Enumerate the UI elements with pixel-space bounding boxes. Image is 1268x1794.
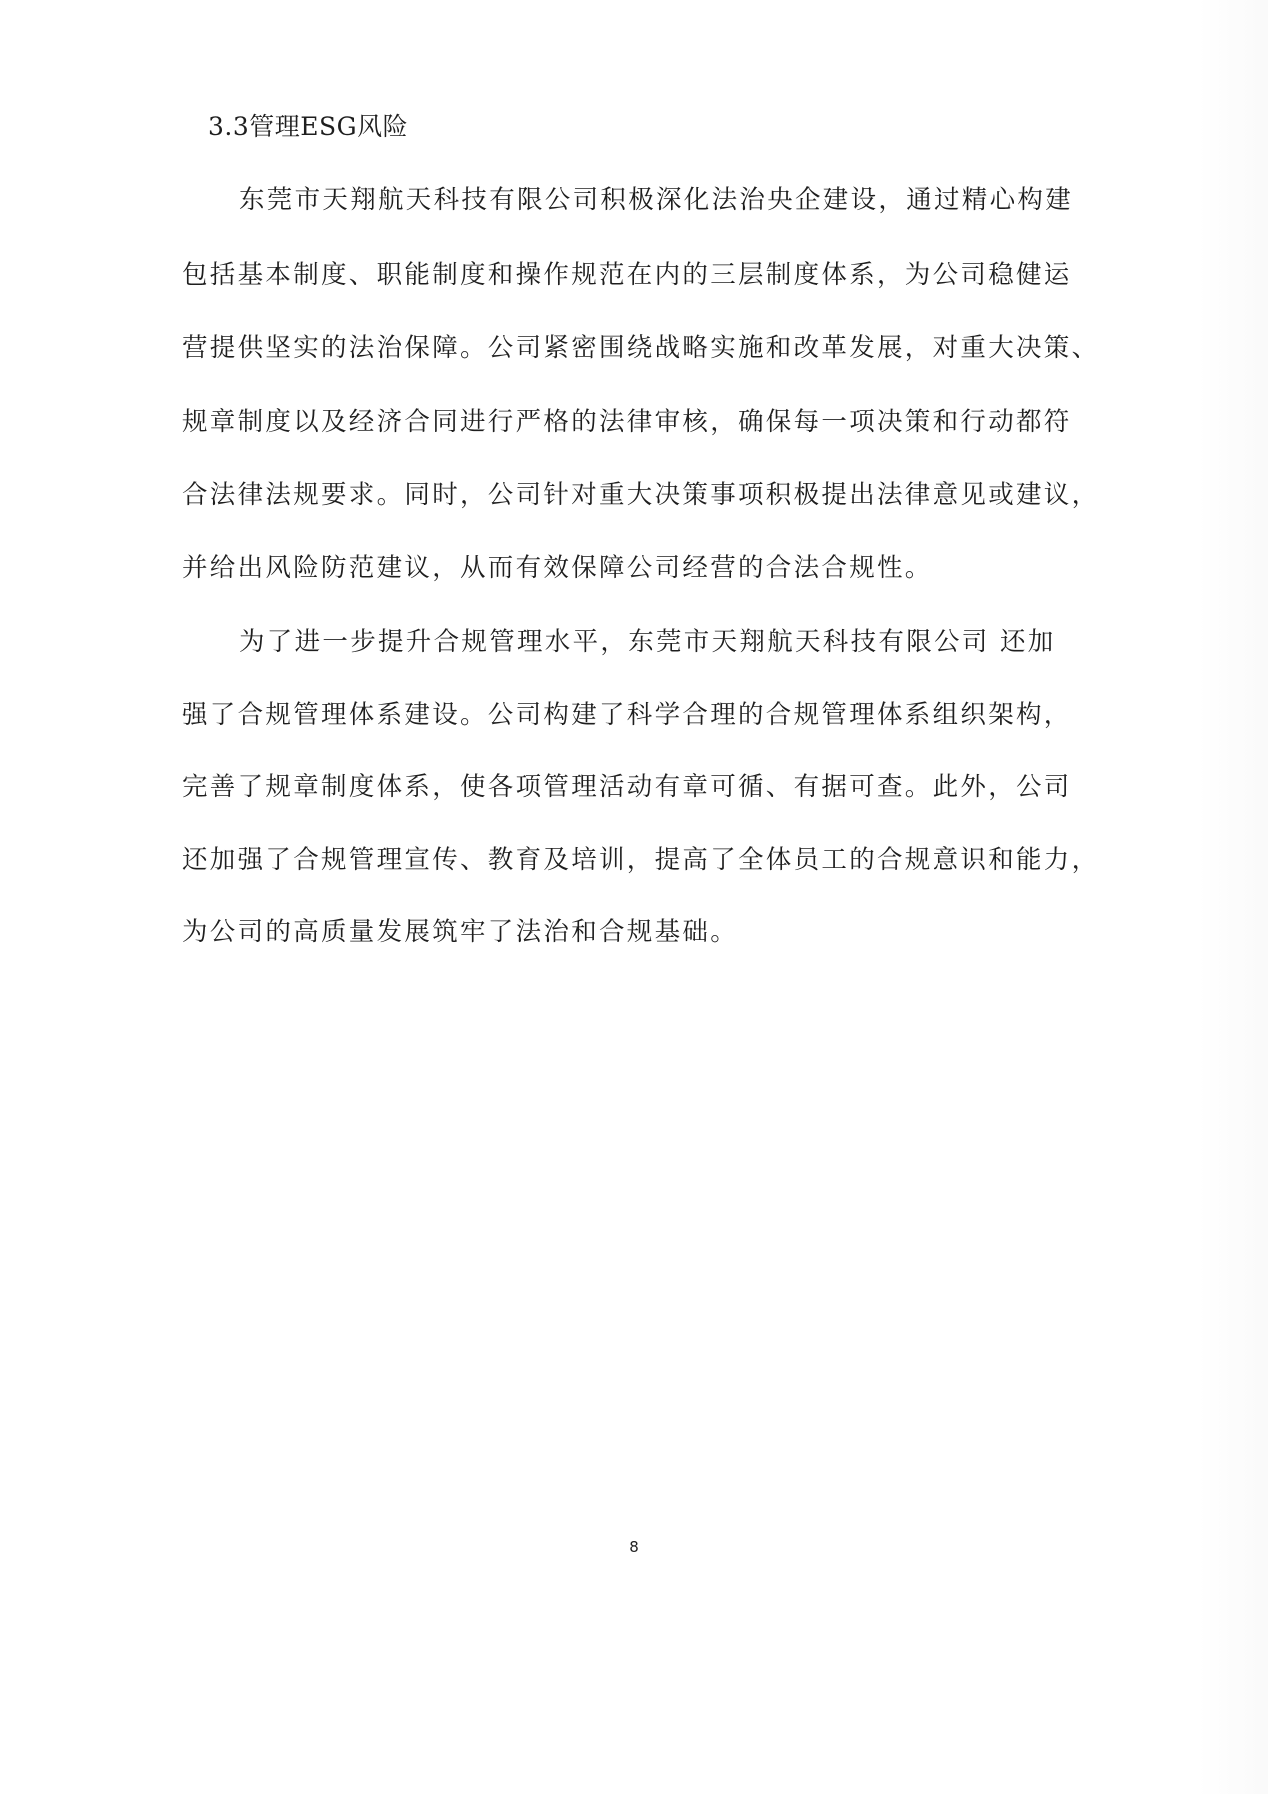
paragraph-line: 并给出风险防范建议，从而有效保障公司经营的合法合规性。 <box>182 550 1082 586</box>
paragraph-line: 合法律法规要求。同时，公司针对重大决策事项积极提出法律意见或建议， <box>182 477 1082 513</box>
document-page: 3.3管理ESG风险 东莞市天翔航天科技有限公司积极深化法治央企建设，通过精心构… <box>0 0 1268 1794</box>
paragraph-line: 为公司的高质量发展筑牢了法治和合规基础。 <box>182 914 1082 950</box>
paragraph-line: 为了进一步提升合规管理水平，东莞市天翔航天科技有限公司 还加 <box>239 624 1139 660</box>
paragraph-line: 强了合规管理体系建设。公司构建了科学合理的合规管理体系组织架构， <box>182 697 1082 733</box>
page-number: 8 <box>626 1538 642 1556</box>
paragraph-line: 完善了规章制度体系，使各项管理活动有章可循、有据可查。此外，公司 <box>182 769 1082 805</box>
paragraph-line: 规章制度以及经济合同进行严格的法律审核，确保每一项决策和行动都符 <box>182 404 1082 440</box>
paragraph-line: 营提供坚实的法治保障。公司紧密围绕战略实施和改革发展，对重大决策、 <box>182 330 1082 366</box>
paragraph-line: 东莞市天翔航天科技有限公司积极深化法治央企建设，通过精心构建 <box>239 182 1139 218</box>
paragraph-line: 还加强了合规管理宣传、教育及培训，提高了全体员工的合规意识和能力， <box>182 842 1082 878</box>
scan-edge-shade <box>1198 0 1268 1794</box>
paragraph-line: 包括基本制度、职能制度和操作规范在内的三层制度体系，为公司稳健运 <box>182 257 1082 293</box>
section-heading: 3.3管理ESG风险 <box>208 109 408 145</box>
